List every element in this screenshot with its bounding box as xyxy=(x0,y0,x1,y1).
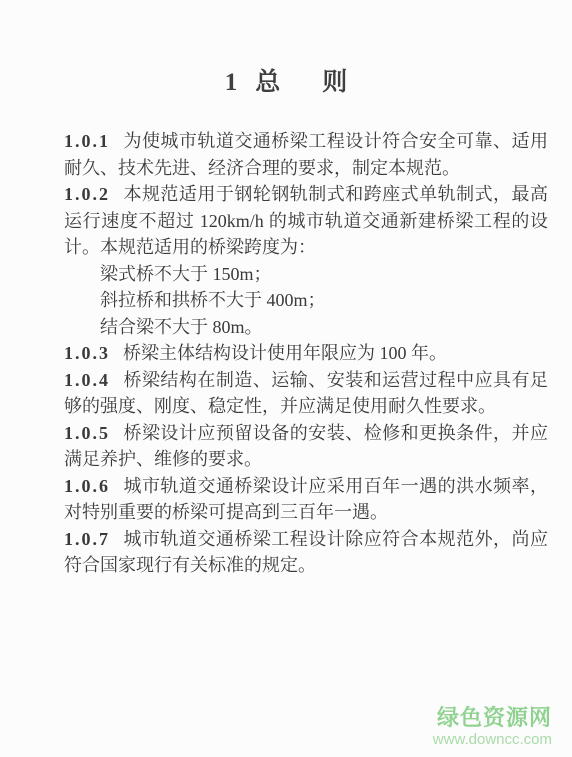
span-limit-item-cable-arch-bridge: 斜拉桥和拱桥不大于 400m； xyxy=(64,287,548,314)
chapter-title-word-second: 则 xyxy=(322,69,347,96)
clause-number: 1.0.4 xyxy=(64,370,110,390)
clause-number: 1.0.7 xyxy=(64,529,110,549)
document-page: 1总则 1.0.1为使城市轨道交通桥梁工程设计符合安全可靠、适用耐久、技术先进、… xyxy=(0,0,572,757)
watermark: 绿色资源网 www.downcc.com xyxy=(433,705,552,748)
span-limit-item-composite-beam: 结合梁不大于 80m。 xyxy=(64,314,548,341)
clause-text: 桥梁主体结构设计使用年限应为 100 年。 xyxy=(123,343,447,363)
clause-text: 城市轨道交通桥梁工程设计除应符合本规范外，尚应符合国家现行有关标准的规定。 xyxy=(64,529,548,576)
clause-1-0-4: 1.0.4桥梁结构在制造、运输、安装和运营过程中应具有足够的强度、刚度、稳定性，… xyxy=(64,367,548,420)
clause-1-0-1: 1.0.1为使城市轨道交通桥梁工程设计符合安全可靠、适用耐久、技术先进、经济合理… xyxy=(64,128,548,181)
clause-number: 1.0.1 xyxy=(64,131,110,151)
clause-number: 1.0.5 xyxy=(64,423,110,443)
clause-number: 1.0.6 xyxy=(64,476,110,496)
clause-text: 本规范适用于钢轮钢轨制式和跨座式单轨制式，最高运行速度不超过 120km/h 的… xyxy=(64,184,548,257)
chapter-title-word-first: 总 xyxy=(255,69,280,96)
chapter-number: 1 xyxy=(225,69,238,96)
clause-1-0-6: 1.0.6城市轨道交通桥梁设计应采用百年一遇的洪水频率，对特别重要的桥梁可提高到… xyxy=(64,473,548,526)
clause-number: 1.0.2 xyxy=(64,184,110,204)
watermark-site-url: www.downcc.com xyxy=(433,731,552,748)
clauses-section: 1.0.1为使城市轨道交通桥梁工程设计符合安全可靠、适用耐久、技术先进、经济合理… xyxy=(64,128,548,579)
clause-text: 桥梁设计应预留设备的安装、检修和更换条件，并应满足养护、维修的要求。 xyxy=(64,423,548,470)
clause-1-0-2: 1.0.2本规范适用于钢轮钢轨制式和跨座式单轨制式，最高运行速度不超过 120k… xyxy=(64,181,548,261)
clause-1-0-5: 1.0.5桥梁设计应预留设备的安装、检修和更换条件，并应满足养护、维修的要求。 xyxy=(64,420,548,473)
clause-number: 1.0.3 xyxy=(64,343,110,363)
chapter-title: 1总则 xyxy=(0,62,572,98)
watermark-site-name: 绿色资源网 xyxy=(433,705,552,730)
clause-text: 城市轨道交通桥梁设计应采用百年一遇的洪水频率，对特别重要的桥梁可提高到三百年一遇… xyxy=(64,476,548,523)
clause-text: 为使城市轨道交通桥梁工程设计符合安全可靠、适用耐久、技术先进、经济合理的要求，制… xyxy=(64,131,548,178)
clause-1-0-7: 1.0.7城市轨道交通桥梁工程设计除应符合本规范外，尚应符合国家现行有关标准的规… xyxy=(64,526,548,579)
clause-text: 桥梁结构在制造、运输、安装和运营过程中应具有足够的强度、刚度、稳定性，并应满足使… xyxy=(64,370,548,417)
span-limit-item-beam-bridge: 梁式桥不大于 150m； xyxy=(64,261,548,288)
clause-1-0-3: 1.0.3桥梁主体结构设计使用年限应为 100 年。 xyxy=(64,340,548,367)
